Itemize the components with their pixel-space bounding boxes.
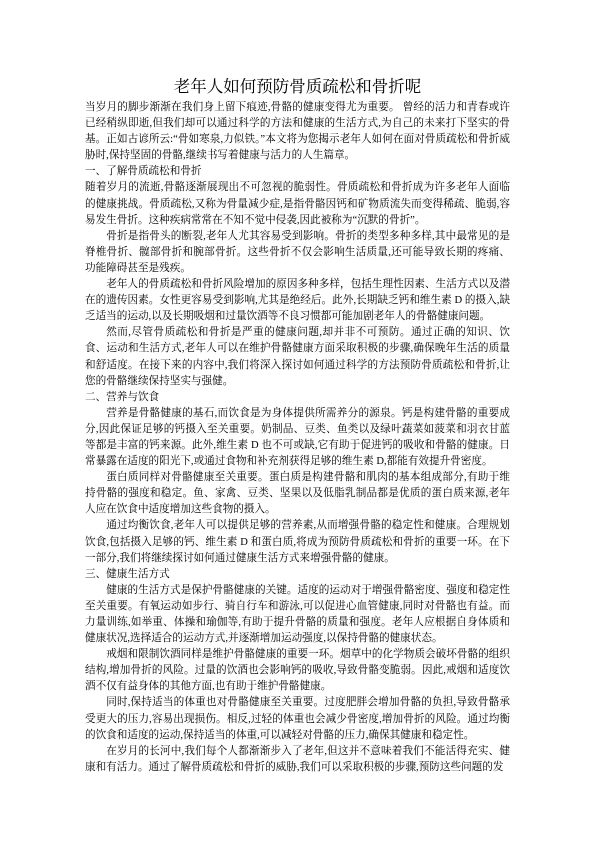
document-title: 老年人如何预防骨质疏松和骨折呢 bbox=[85, 76, 510, 97]
paragraph: 同时,保持适当的体重也对骨骼健康至关重要。过度肥胖会增加骨骼的负担,导致骨骼承受… bbox=[85, 695, 510, 743]
paragraph: 然而,尽管骨质疏松和骨折是严重的健康问题,却并非不可预防。通过正确的知识、饮食、… bbox=[85, 325, 510, 389]
paragraph: 骨折是指骨头的断裂,老年人尤其容易受到影响。骨折的类型多种多样,其中最常见的是脊… bbox=[85, 229, 510, 277]
paragraph: 通过均衡饮食,老年人可以提供足够的营养素,从而增强骨骼的稳定性和健康。合理规划饮… bbox=[85, 518, 510, 566]
paragraph: 随着岁月的流逝,骨骼逐渐展现出不可忽视的脆弱性。骨质疏松和骨折成为许多老年人面临… bbox=[85, 180, 510, 228]
paragraph: 戒烟和限制饮酒同样是维护骨骼健康的重要一环。烟草中的化学物质会破坏骨骼的组织结构… bbox=[85, 647, 510, 695]
section-heading: 一、了解骨质疏松和骨折 bbox=[85, 164, 510, 180]
paragraph: 老年人的骨质疏松和骨折风险增加的原因多种多样，包括生理性因素、生活方式以及潜在的… bbox=[85, 277, 510, 325]
section-heading: 三、健康生活方式 bbox=[85, 567, 510, 583]
paragraph: 在岁月的长河中,我们每个人都渐渐步入了老年,但这并不意味着我们不能活得充实、健康… bbox=[85, 744, 510, 776]
document-page: 老年人如何预防骨质疏松和骨折呢 当岁月的脚步渐渐在我们身上留下痕迹,骨骼的健康变… bbox=[0, 0, 595, 841]
section-heading: 二、营养与饮食 bbox=[85, 390, 510, 406]
paragraph: 当岁月的脚步渐渐在我们身上留下痕迹,骨骼的健康变得尤为重要。 曾经的活力和青春或… bbox=[85, 100, 510, 164]
document-body: 当岁月的脚步渐渐在我们身上留下痕迹,骨骼的健康变得尤为重要。 曾经的活力和青春或… bbox=[85, 100, 510, 776]
paragraph: 蛋白质同样对骨骼健康至关重要。蛋白质是构建骨骼和肌肉的基本组成部分,有助于维持骨… bbox=[85, 470, 510, 518]
paragraph: 营养是骨骼健康的基石,而饮食是为身体提供所需养分的源泉。钙是构建骨骼的重要成分,… bbox=[85, 406, 510, 470]
paragraph: 健康的生活方式是保护骨骼健康的关键。适度的运动对于增强骨骼密度、强度和稳定性至关… bbox=[85, 583, 510, 647]
